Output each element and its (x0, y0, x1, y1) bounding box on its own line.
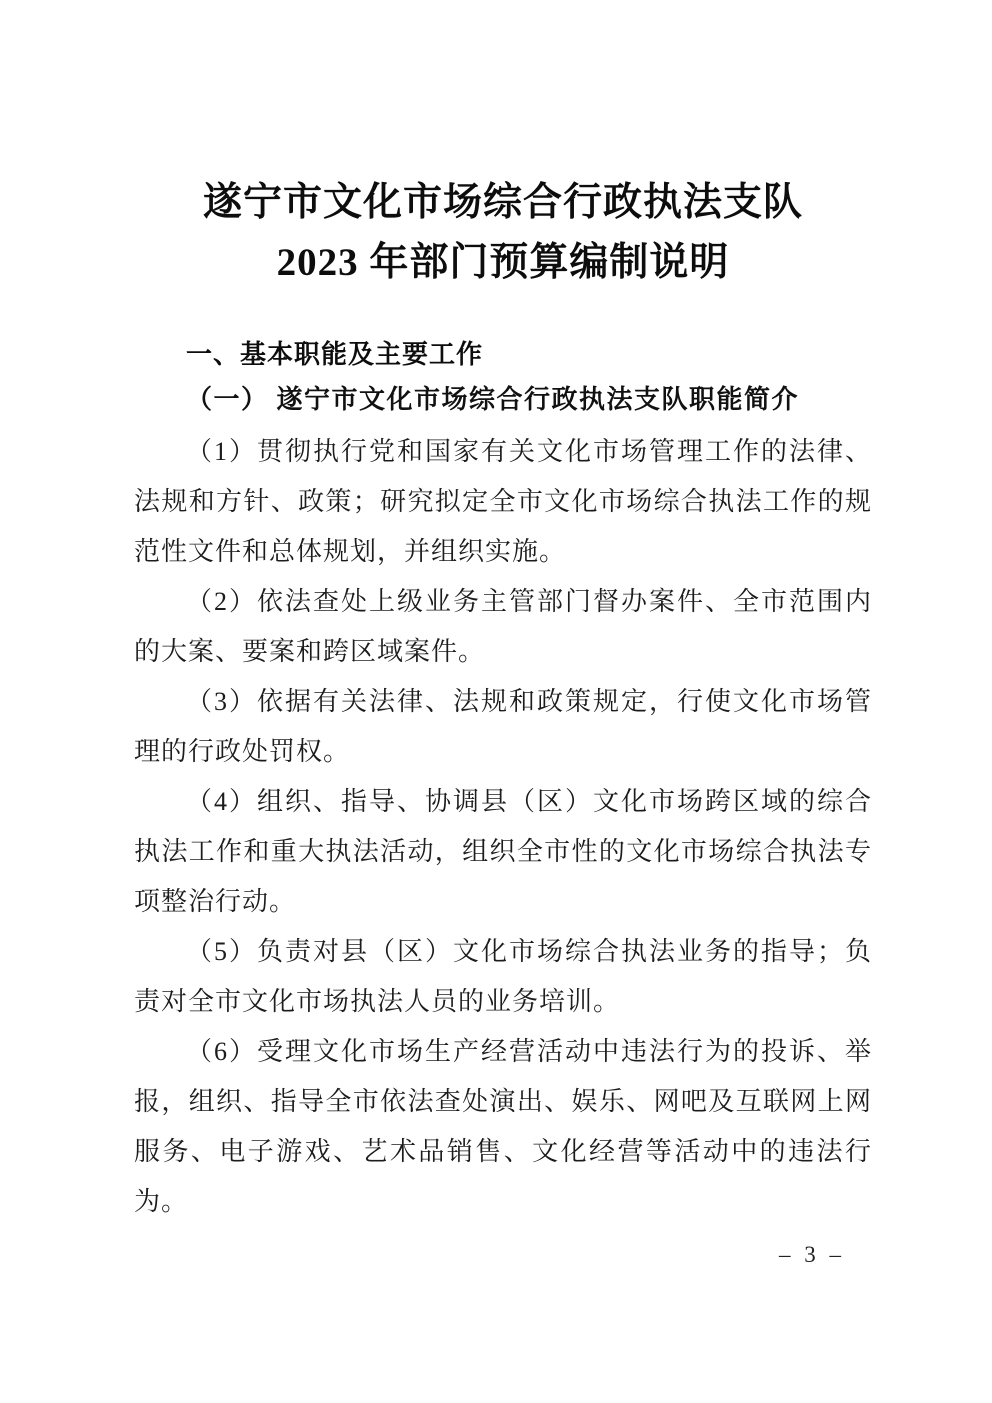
subsection-heading: （一） 遂宁市文化市场综合行政执法支队职能简介 (134, 377, 872, 423)
paragraph-5: （5）负责对县（区）文化市场综合执法业务的指导；负责对全市文化市场执法人员的业务… (134, 927, 872, 1027)
body-text: （1）贯彻执行党和国家有关文化市场管理工作的法律、法规和方针、政策；研究拟定全市… (134, 427, 872, 1227)
paragraph-6: （6）受理文化市场生产经营活动中违法行为的投诉、举报，组织、指导全市依法查处演出… (134, 1027, 872, 1227)
paragraph-3: （3）依据有关法律、法规和政策规定，行使文化市场管理的行政处罚权。 (134, 677, 872, 777)
title-line-2: 2023 年部门预算编制说明 (134, 233, 872, 293)
document-title: 遂宁市文化市场综合行政执法支队 2023 年部门预算编制说明 (134, 0, 872, 293)
document-page: 遂宁市文化市场综合行政执法支队 2023 年部门预算编制说明 一、基本职能及主要… (134, 0, 872, 1403)
paragraph-4: （4）组织、指导、协调县（区）文化市场跨区域的综合执法工作和重大执法活动，组织全… (134, 777, 872, 927)
page-number: – 3 – (779, 1240, 845, 1270)
paragraph-2: （2）依法查处上级业务主管部门督办案件、全市范围内的大案、要案和跨区域案件。 (134, 577, 872, 677)
section-heading: 一、基本职能及主要工作 (134, 331, 872, 377)
paragraph-1: （1）贯彻执行党和国家有关文化市场管理工作的法律、法规和方针、政策；研究拟定全市… (134, 427, 872, 577)
title-line-1: 遂宁市文化市场综合行政执法支队 (134, 173, 872, 233)
